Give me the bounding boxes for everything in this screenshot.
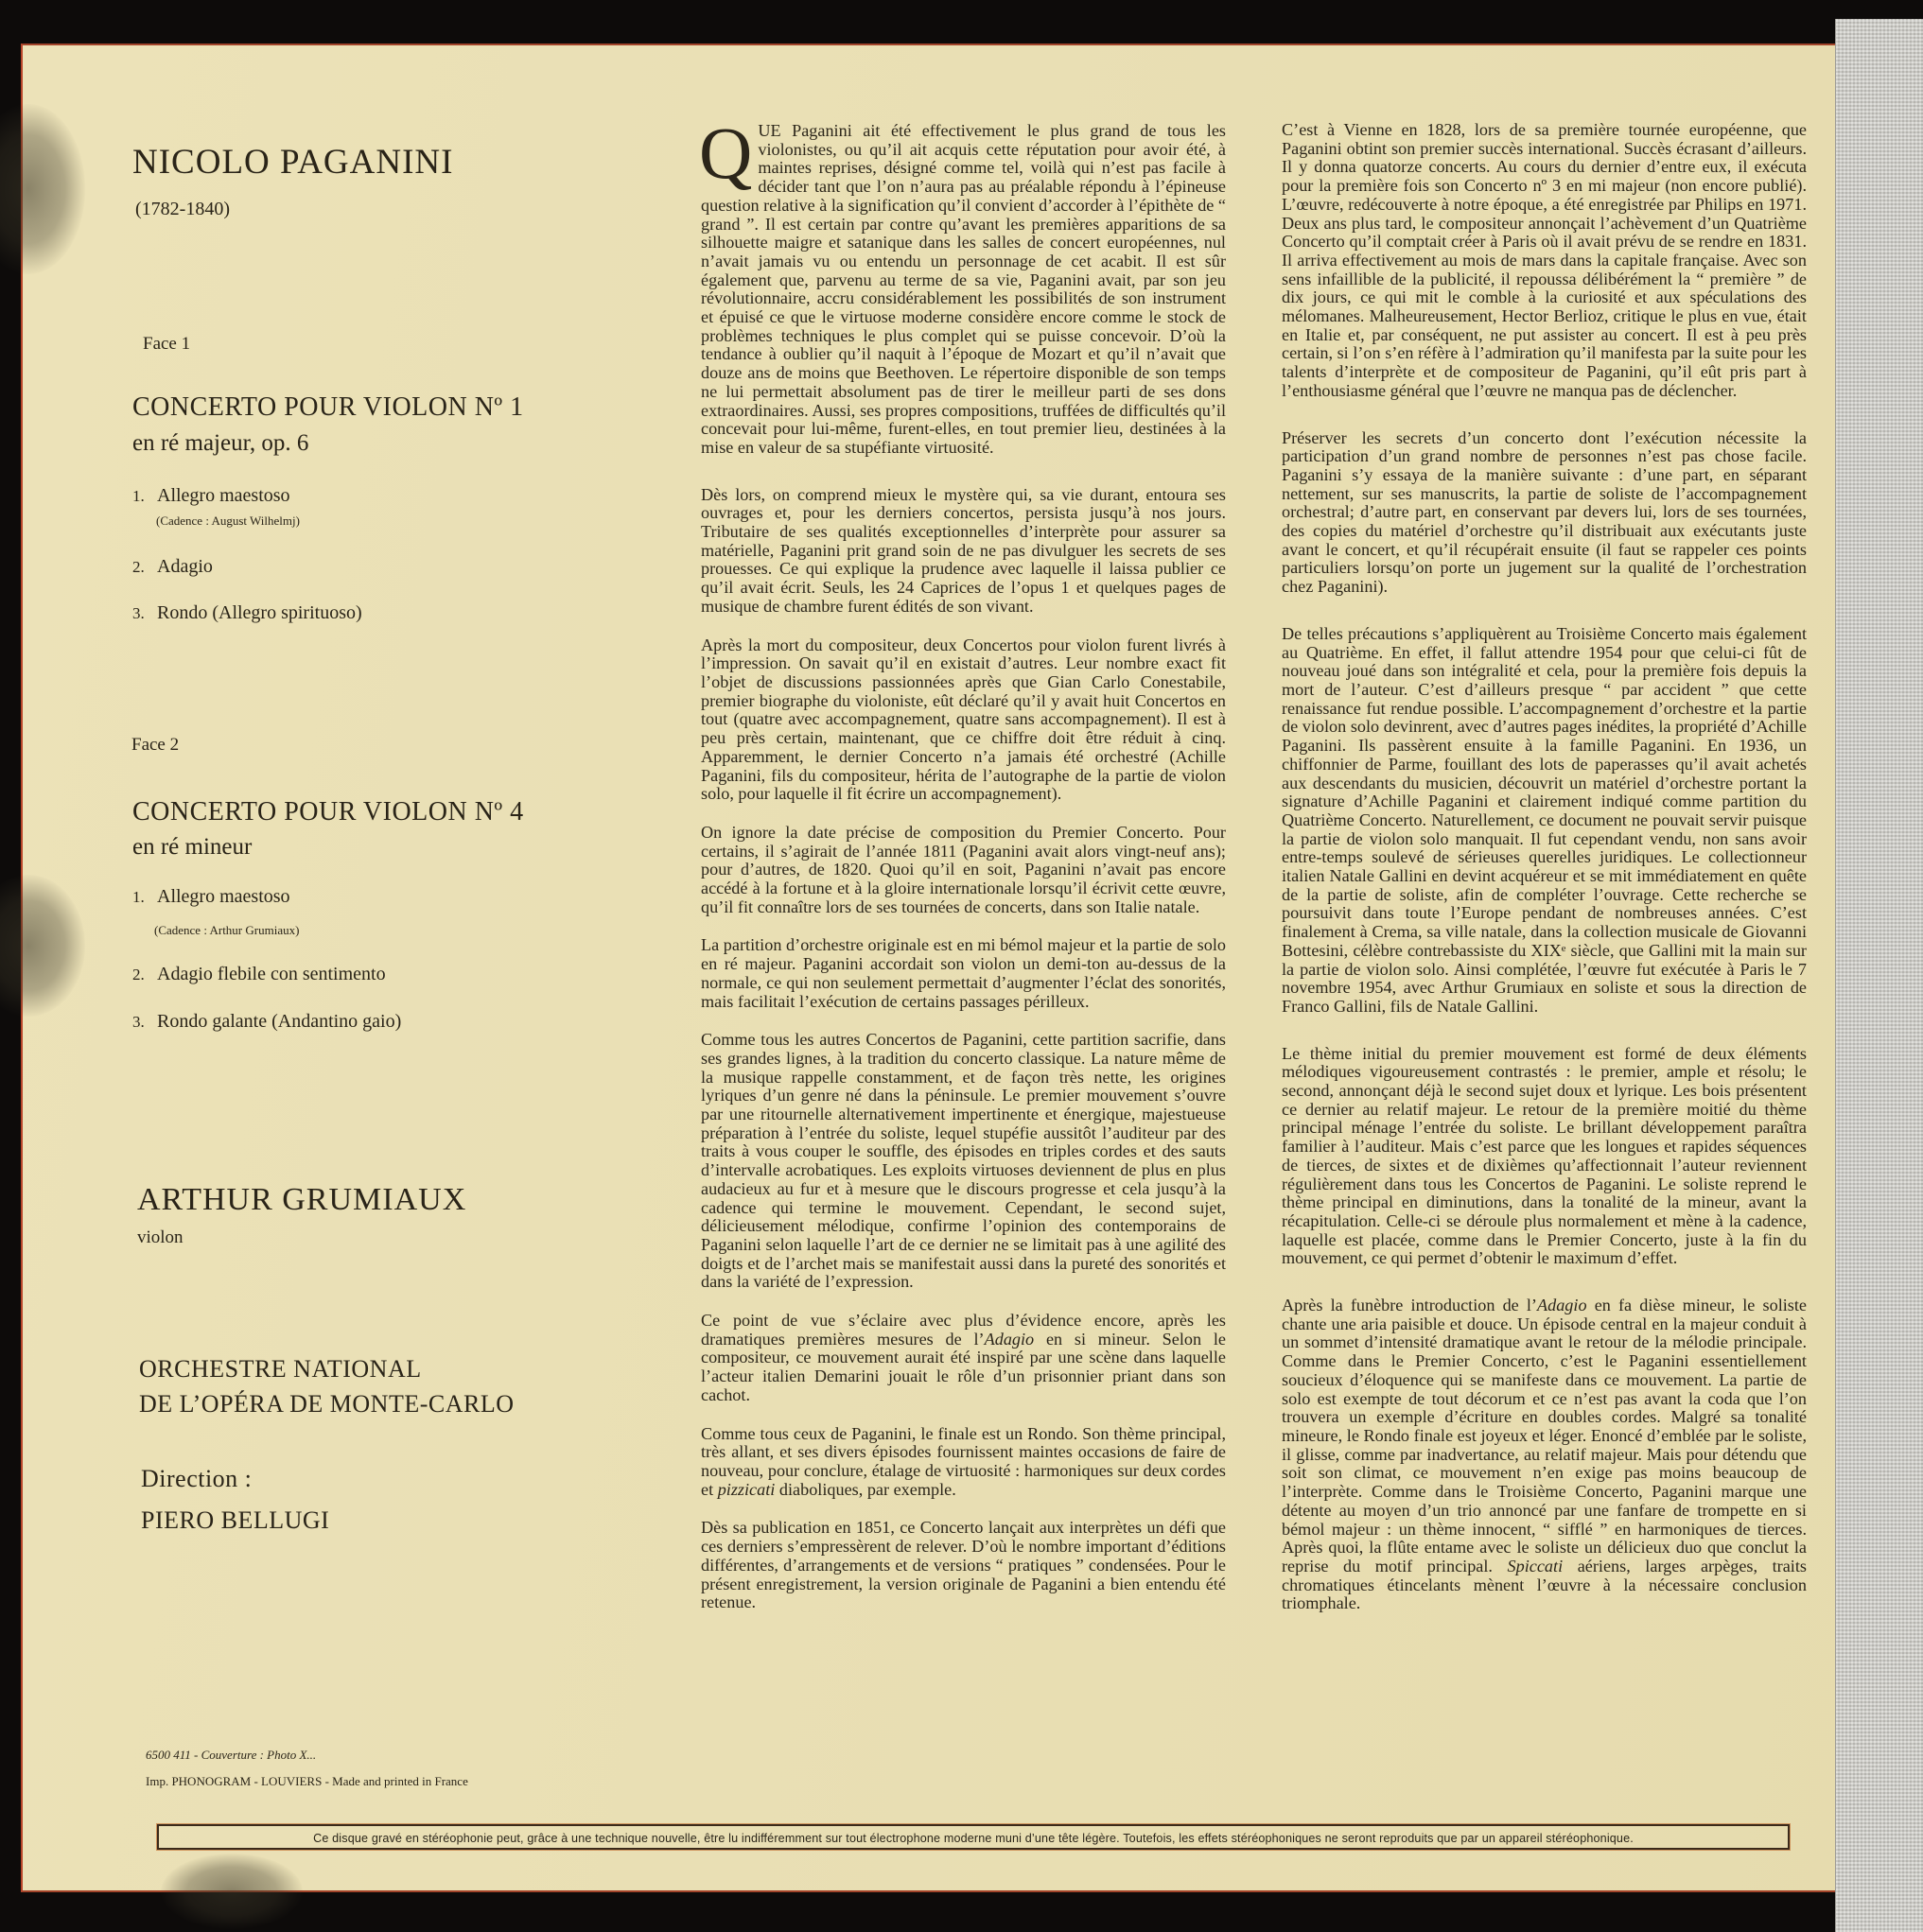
notes-italic-term: Adagio [985, 1330, 1035, 1349]
movement-number: 2. [132, 966, 157, 984]
movement-note: (Cadence : August Wilhelmj) [156, 513, 300, 529]
notes-italic-term: Spiccati [1508, 1557, 1564, 1575]
movement: 1.Allegro maestoso [132, 485, 290, 507]
stereo-notice-box: Ce disque gravé en stéréophonie peut, gr… [157, 1824, 1790, 1850]
notes-italic-term: pizzicati [718, 1480, 776, 1499]
notes-paragraph: Après la mort du compositeur, deux Conce… [701, 636, 1226, 804]
soloist-role: violon [137, 1227, 184, 1248]
work-key: en ré majeur, op. 6 [132, 430, 308, 457]
printer-credit: Imp. PHONOGRAM - LOUVIERS - Made and pri… [146, 1774, 468, 1789]
drop-cap: Q [699, 124, 752, 183]
liner-notes-column-right: C’est à Vienne en 1828, lors de sa premi… [1282, 121, 1807, 1633]
movement: 1.Allegro maestoso [132, 886, 290, 908]
movement: 3.Rondo (Allegro spirituoso) [132, 602, 362, 624]
work-title: CONCERTO POUR VIOLON Nº 4 [132, 797, 524, 827]
movement-number: 1. [132, 888, 157, 907]
notes-text: UE Paganini ait été effectivement le plu… [701, 121, 1226, 457]
work-key: en ré mineur [132, 834, 252, 861]
movement-title: Allegro maestoso [157, 886, 290, 907]
movement-title: Rondo galante (Andantino gaio) [157, 1011, 401, 1032]
notes-paragraph: Préserver les secrets d’un concerto dont… [1282, 429, 1807, 597]
movement-title: Allegro maestoso [157, 485, 290, 506]
shadow-spot [161, 1854, 303, 1929]
composer-dates: (1782-1840) [135, 199, 230, 220]
orchestra-name-line1: ORCHESTRE NATIONAL [139, 1353, 422, 1385]
notes-paragraph: On ignore la date précise de composition… [701, 824, 1226, 917]
movement-title: Adagio [157, 556, 213, 577]
movement-number: 2. [132, 558, 157, 577]
side-label: Face 1 [143, 334, 190, 355]
movement-title: Adagio flebile con sentimento [157, 964, 386, 984]
direction-label: Direction : [141, 1463, 252, 1495]
notes-paragraph: C’est à Vienne en 1828, lors de sa premi… [1282, 121, 1807, 401]
notes-text: Après la funèbre introduction de l’ [1282, 1296, 1537, 1314]
movement-number: 3. [132, 1013, 157, 1032]
catalog-credit: 6500 411 - Couverture : Photo X... [146, 1748, 316, 1763]
movement: 3.Rondo galante (Andantino gaio) [132, 1011, 401, 1033]
composer-name: NICOLO PAGANINI [132, 142, 453, 183]
notes-paragraph: De telles précautions s’appliquèrent au … [1282, 625, 1807, 1017]
movement-number: 3. [132, 604, 157, 623]
movement: 2.Adagio flebile con sentimento [132, 964, 386, 985]
notes-paragraph: La partition d’orchestre originale est e… [701, 936, 1226, 1011]
notes-paragraph: Ce point de vue s’éclaire avec plus d’év… [701, 1312, 1226, 1405]
notes-paragraph: Après la funèbre introduction de l’Adagi… [1282, 1297, 1807, 1613]
notes-text: en fa dièse mineur, le soliste chante un… [1282, 1296, 1807, 1575]
liner-notes-column-middle: QUE Paganini ait été effectivement le pl… [701, 122, 1226, 1632]
movement: 2.Adagio [132, 556, 213, 578]
notes-italic-term: Adagio [1537, 1296, 1587, 1314]
sleeve-spine-cloth [1835, 19, 1923, 1932]
notes-paragraph: Comme tous les autres Concertos de Pagan… [701, 1031, 1226, 1292]
conductor-name: PIERO BELLUGI [141, 1505, 329, 1537]
notes-paragraph: Dès sa publication en 1851, ce Concerto … [701, 1519, 1226, 1612]
side-label: Face 2 [131, 735, 179, 756]
movement-note: (Cadence : Arthur Grumiaux) [154, 923, 299, 938]
orchestra-name-line2: DE L’OPÉRA DE MONTE-CARLO [139, 1388, 514, 1420]
work-title: CONCERTO POUR VIOLON Nº 1 [132, 392, 524, 423]
notes-paragraph: Dès lors, on comprend mieux le mystère q… [701, 486, 1226, 617]
notes-text: diaboliques, par exemple. [775, 1480, 955, 1499]
soloist-name: ARTHUR GRUMIAUX [137, 1182, 466, 1218]
movement-title: Rondo (Allegro spirituoso) [157, 602, 362, 623]
notes-paragraph: QUE Paganini ait été effectivement le pl… [701, 122, 1226, 458]
notes-paragraph: Comme tous ceux de Paganini, le finale e… [701, 1425, 1226, 1500]
notes-paragraph: Le thème initial du premier mouvement es… [1282, 1045, 1807, 1268]
movement-number: 1. [132, 487, 157, 506]
